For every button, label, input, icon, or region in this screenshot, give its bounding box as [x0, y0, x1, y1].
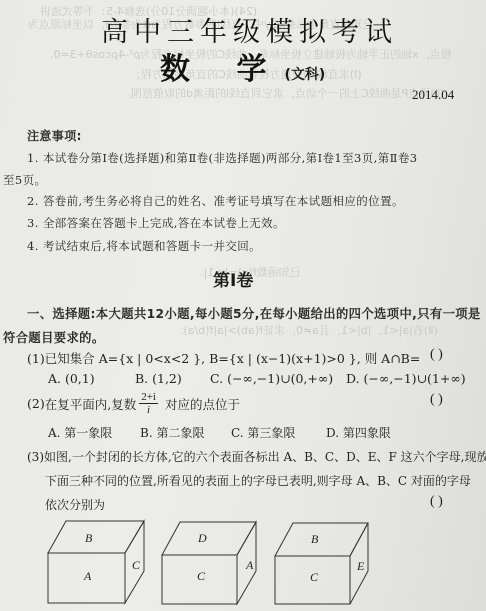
box-3-front-label: C — [310, 570, 319, 584]
box-3-top-label: B — [311, 532, 319, 546]
box-figure-3 — [275, 523, 368, 604]
box-figures: B A C D C A B C E — [0, 0, 486, 611]
box-1-front-label: A — [83, 569, 92, 583]
box-1-side-label: C — [132, 558, 141, 572]
box-3-side-label: E — [356, 559, 365, 573]
box-figure-1 — [48, 521, 144, 603]
box-figure-2 — [162, 522, 256, 604]
box-2-top-label: D — [197, 531, 207, 545]
box-2-front-label: C — [197, 569, 206, 583]
box-1-top-label: B — [85, 531, 93, 545]
box-2-side-label: A — [245, 558, 254, 572]
